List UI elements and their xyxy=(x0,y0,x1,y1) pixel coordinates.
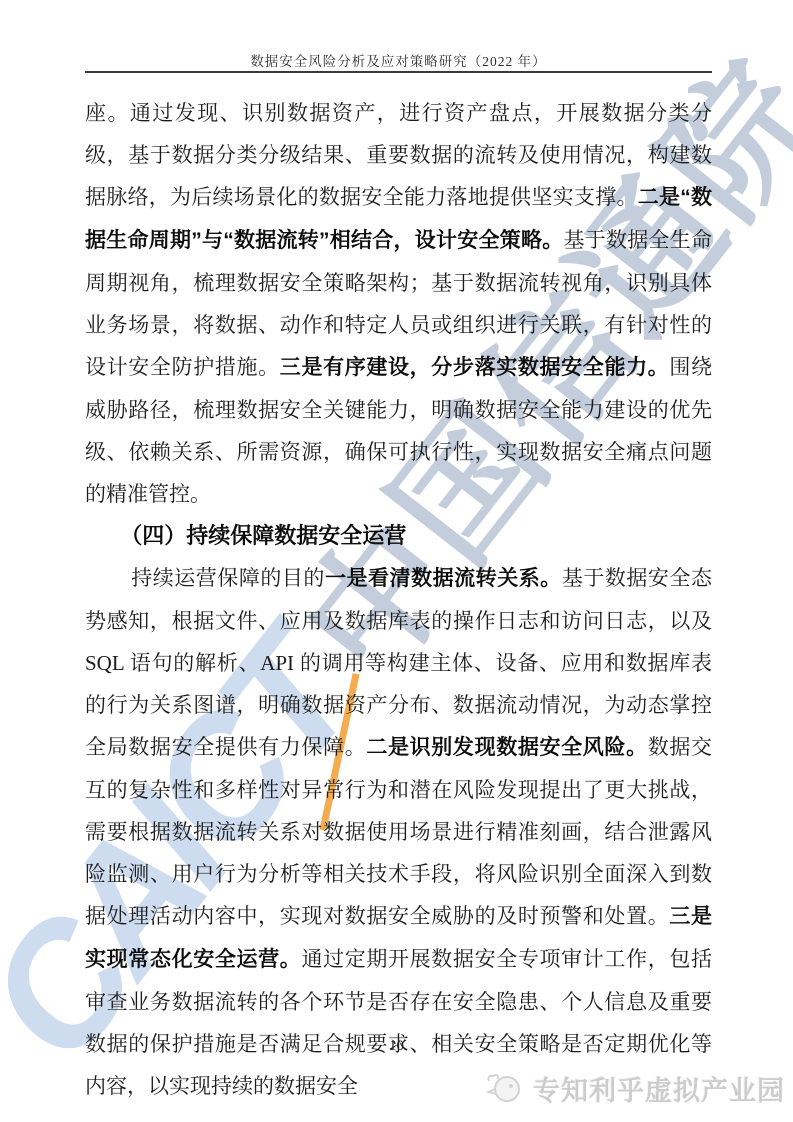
header-rule xyxy=(85,71,712,73)
text-run: 三是有序建设，分步落实数据安全能力。 xyxy=(280,356,670,379)
section-heading: （四）持续保障数据安全运营 xyxy=(85,515,712,557)
footer-brand: 专知利乎虚拟产业园 xyxy=(485,1068,785,1108)
chick-face-icon xyxy=(485,1071,527,1105)
document-page: 数据安全风险分析及应对策略研究（2022 年） CAICT 中国信通院 座。通过… xyxy=(0,0,793,1122)
text-run: 持续运营保障的目的 xyxy=(131,566,325,590)
text-run: 二是识别发现数据安全风险。 xyxy=(366,736,647,759)
header-title: 数据安全风险分析及应对策略研究（2022 年） xyxy=(250,54,546,69)
text-run: 座。通过发现、识别数据资产，进行资产盘点，开展数据分类分级，基于数据分类分级结果… xyxy=(85,101,712,209)
text-run: 数据交互的复杂性和多样性对异常行为和潜在风险发现提出了更大挑战，需要根据数据流转… xyxy=(85,735,712,928)
page-number: 10 xyxy=(0,1038,793,1055)
text-run: （四）持续保障数据安全运营 xyxy=(120,523,406,548)
document-body: 座。通过发现、识别数据资产，进行资产盘点，开展数据分类分级，基于数据分类分级结果… xyxy=(85,92,712,1107)
brand-label: 专知利乎虚拟产业园 xyxy=(533,1069,785,1108)
text-run: 基于数据安全态势感知，根据文件、应用及数据库表的操作日志和访问日志，以及 SQL… xyxy=(85,566,712,759)
page-header: 数据安全风险分析及应对策略研究（2022 年） xyxy=(85,50,712,71)
paragraph: 座。通过发现、识别数据资产，进行资产盘点，开展数据分类分级，基于数据分类分级结果… xyxy=(85,92,712,515)
paragraph: 持续运营保障的目的一是看清数据流转关系。基于数据安全态势感知，根据文件、应用及数… xyxy=(85,557,712,1107)
text-run: 一是看清数据流转关系。 xyxy=(325,567,562,590)
